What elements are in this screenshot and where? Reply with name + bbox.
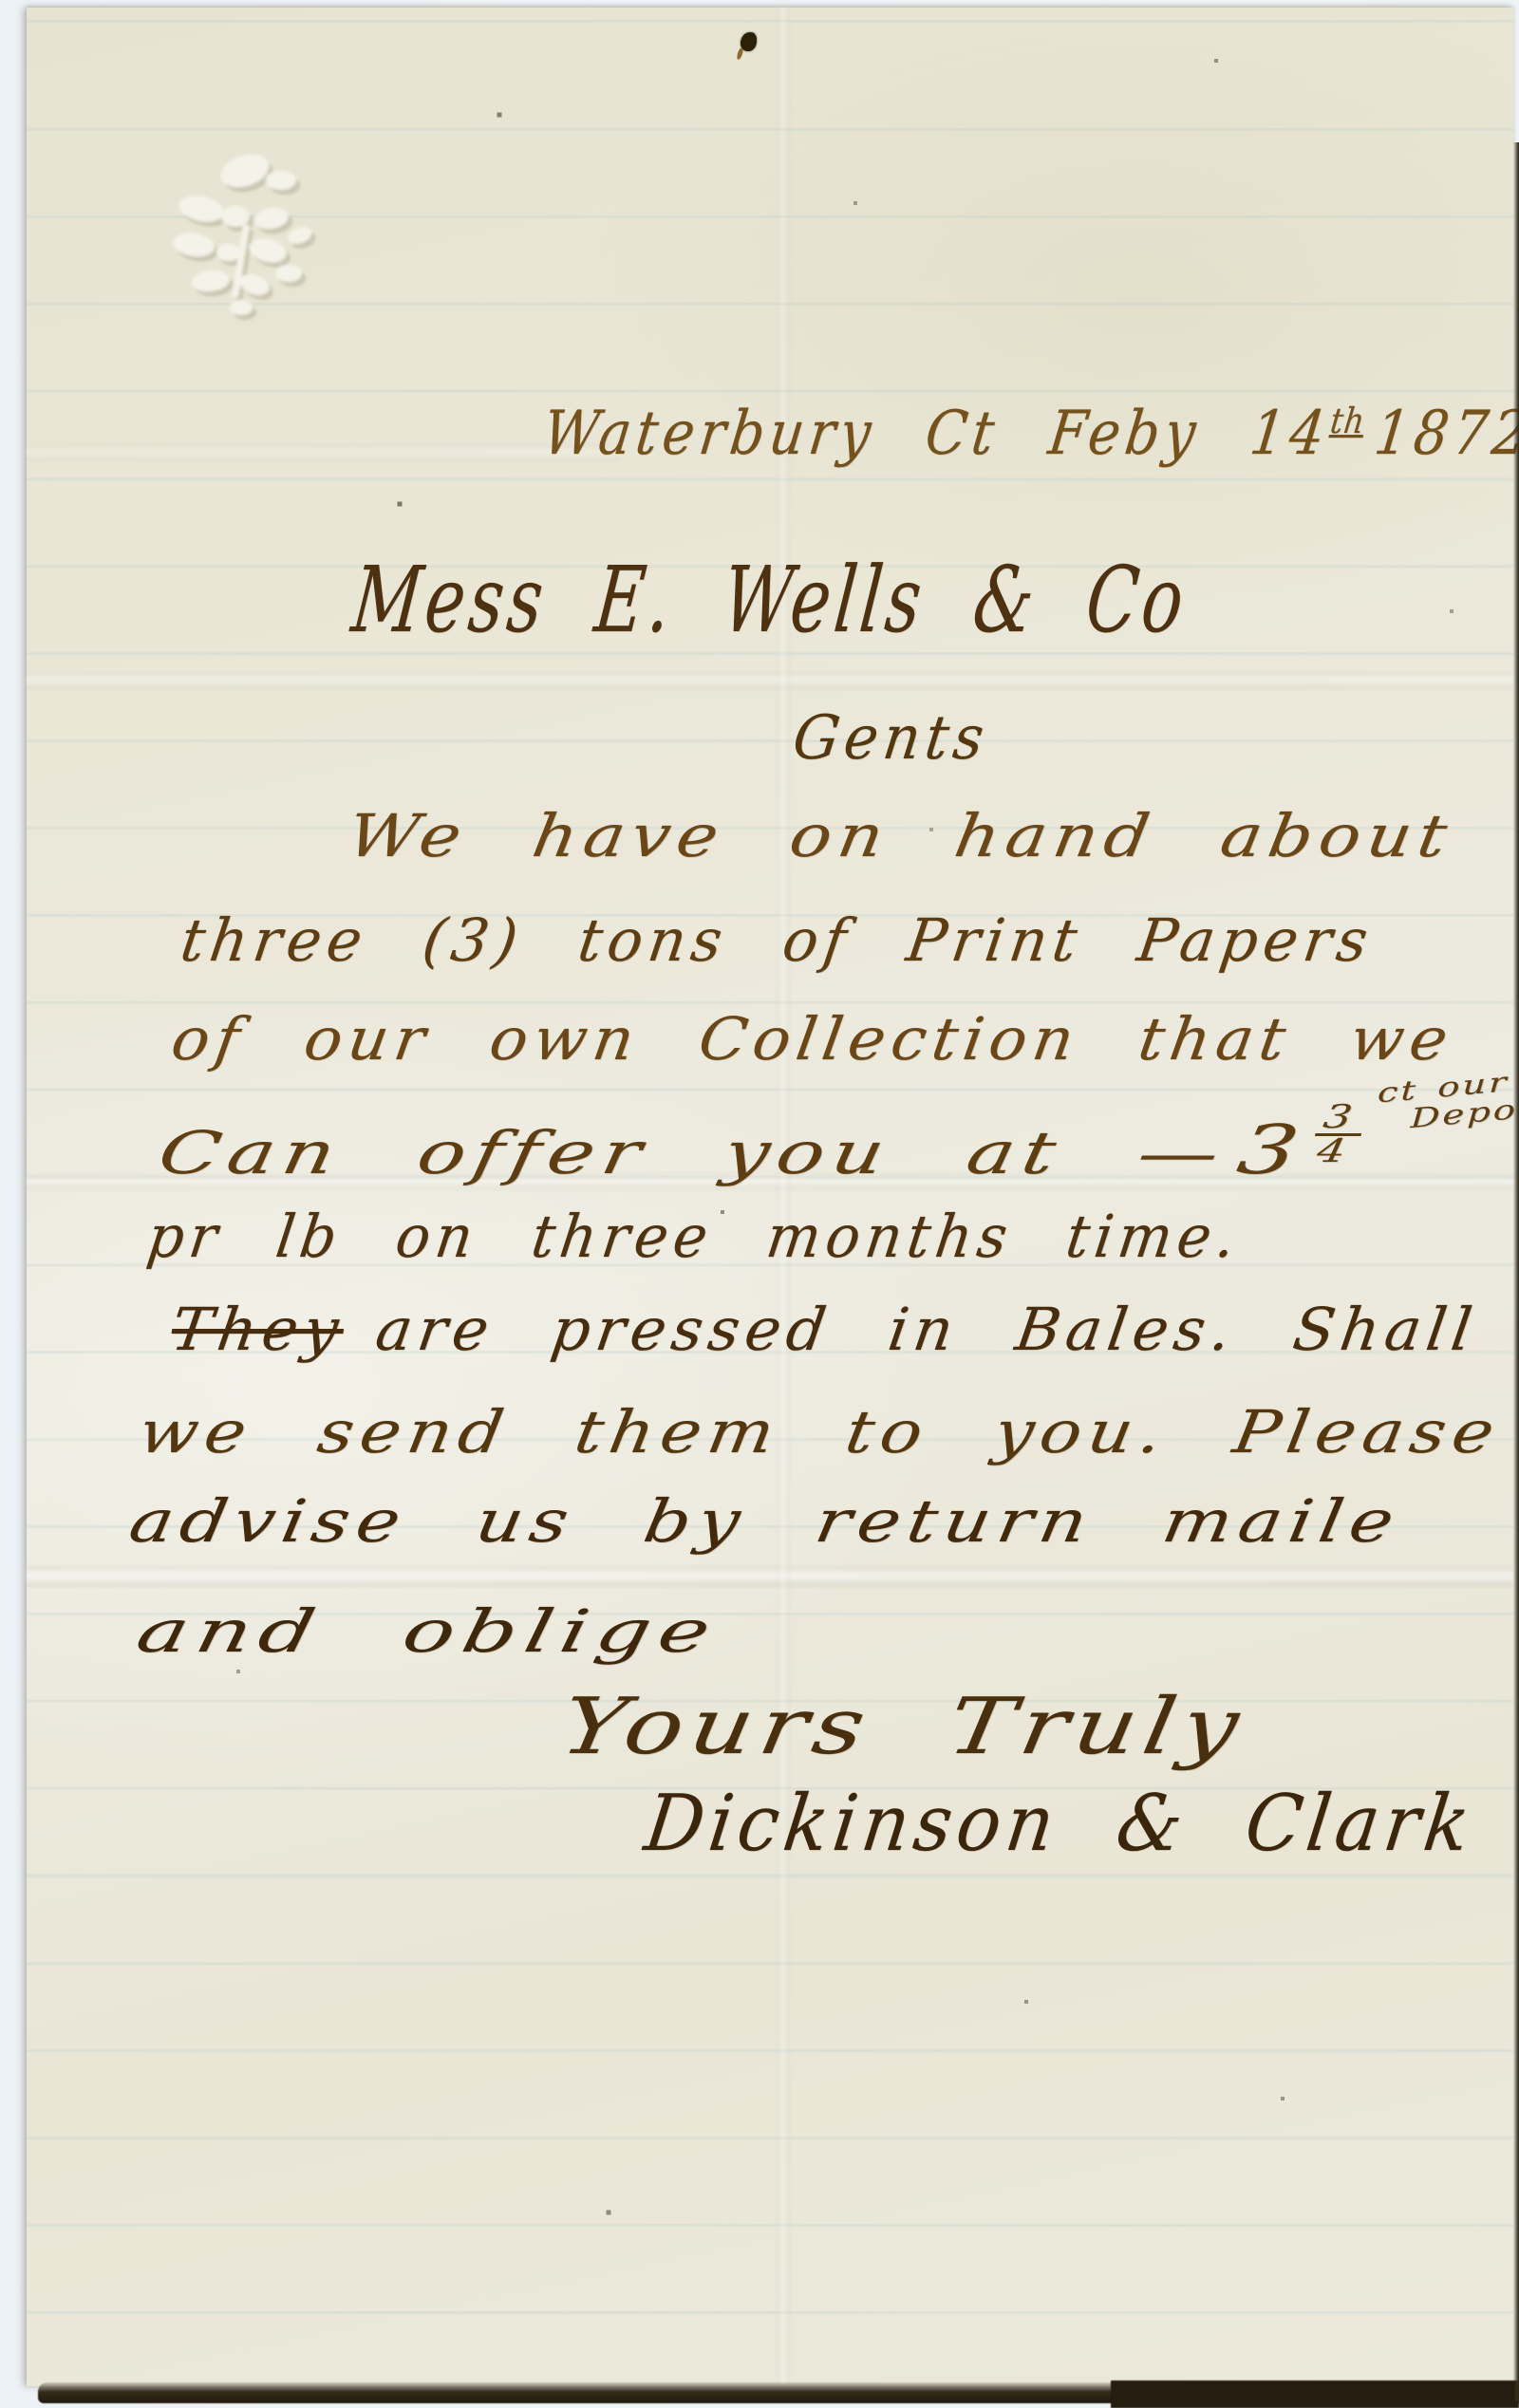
scan-corner-shadow <box>1111 2380 1519 2408</box>
seal-floral-emblem <box>139 121 357 340</box>
dateline-place-date: Waterbury Ct Feby 14 <box>539 399 1333 469</box>
salutation-line: Gents <box>789 703 993 774</box>
body-line-4-price: Can offer you at —334ct ourDepot <box>153 1104 1519 1189</box>
price-whole-number: 3 <box>1231 1111 1312 1189</box>
paper-specks <box>27 8 28 9</box>
ink-blot <box>741 32 757 51</box>
valediction-line: Yours Truly <box>554 1682 1252 1772</box>
scan-background: Waterbury Ct Feby 14th1872 Mess E. Wells… <box>0 0 1519 2408</box>
body-line-9: and oblige <box>131 1596 724 1666</box>
body-line-2: three (3) tons of Print Papers <box>177 905 1378 975</box>
letter-paper: Waterbury Ct Feby 14th1872 Mess E. Wells… <box>27 8 1513 2386</box>
body-line-1: We have on hand about <box>343 801 1458 870</box>
dateline-year: 1872 <box>1371 399 1519 469</box>
paper-right-edge-shadow <box>1513 142 1519 2401</box>
embossed-seal <box>139 121 357 340</box>
struck-word: They <box>167 1295 348 1364</box>
body-line-8: advise us by return maile <box>124 1486 1406 1556</box>
signature-line: Dickinson & Clark <box>640 1779 1480 1869</box>
price-fraction-numerator: 3 <box>1315 1104 1367 1136</box>
fold-crease-horizontal-top <box>27 444 621 461</box>
body-line-7: we send them to you. Please <box>134 1397 1506 1466</box>
body-line-6: Theyare pressed in Bales. Shall <box>167 1295 1482 1364</box>
price-line-prefix: Can offer you at — <box>153 1118 1232 1187</box>
body-line-5: pr lb on three months time. <box>143 1202 1245 1271</box>
fold-crease-horizontal-3 <box>27 1566 1513 1587</box>
dateline-day-suffix: th <box>1328 401 1367 441</box>
fold-crease-vertical <box>777 8 790 2386</box>
price-fraction-denominator: 4 <box>1309 1136 1360 1166</box>
price-fraction: 34 <box>1309 1104 1366 1166</box>
fold-crease-horizontal-1 <box>27 672 1513 689</box>
body-line-6-rest: are pressed in Bales. Shall <box>371 1295 1482 1364</box>
dateline: Waterbury Ct Feby 14th1872 <box>539 399 1519 469</box>
body-line-3: of our own Collection that we <box>167 1004 1458 1073</box>
addressee-line: Mess E. Wells & Co <box>347 547 1192 653</box>
price-annotation: ct ourDepot <box>1377 1066 1519 1136</box>
